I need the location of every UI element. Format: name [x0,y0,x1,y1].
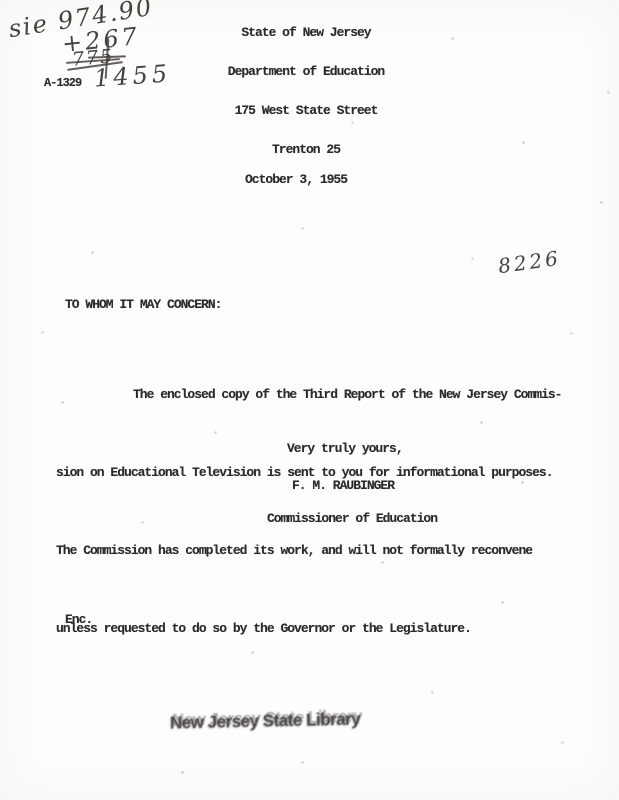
letterhead-org-line1: State of New Jersey [0,26,612,39]
letterhead-address: 175 West State Street [0,104,612,117]
enclosure-notation: Enc. [65,612,92,627]
valediction: Very truly yours, [287,441,403,456]
body-line: The enclosed copy of the Third Report of… [56,382,556,408]
scanned-letter-page: sie 974.90 +267 775 A-1329 1455 State of… [0,0,619,800]
body-line: The Commission has completed its work, a… [56,538,556,564]
signer-name: F. M. RAUBINGER [292,478,394,493]
library-stamp: New Jersey State Library [170,709,361,734]
letterhead-city: Trenton 25 [0,143,612,156]
letterhead: State of New Jersey Department of Educat… [0,0,612,182]
salutation: TO WHOM IT MAY CONCERN: [65,297,221,312]
letterhead-org-line2: Department of Education [0,65,612,78]
handwritten-page-number: 8226 [497,246,563,279]
date-line: October 3, 1955 [245,172,347,187]
signer-title: Commissioner of Education [267,511,437,526]
body-line: unless requested to do so by the Governo… [56,616,556,642]
